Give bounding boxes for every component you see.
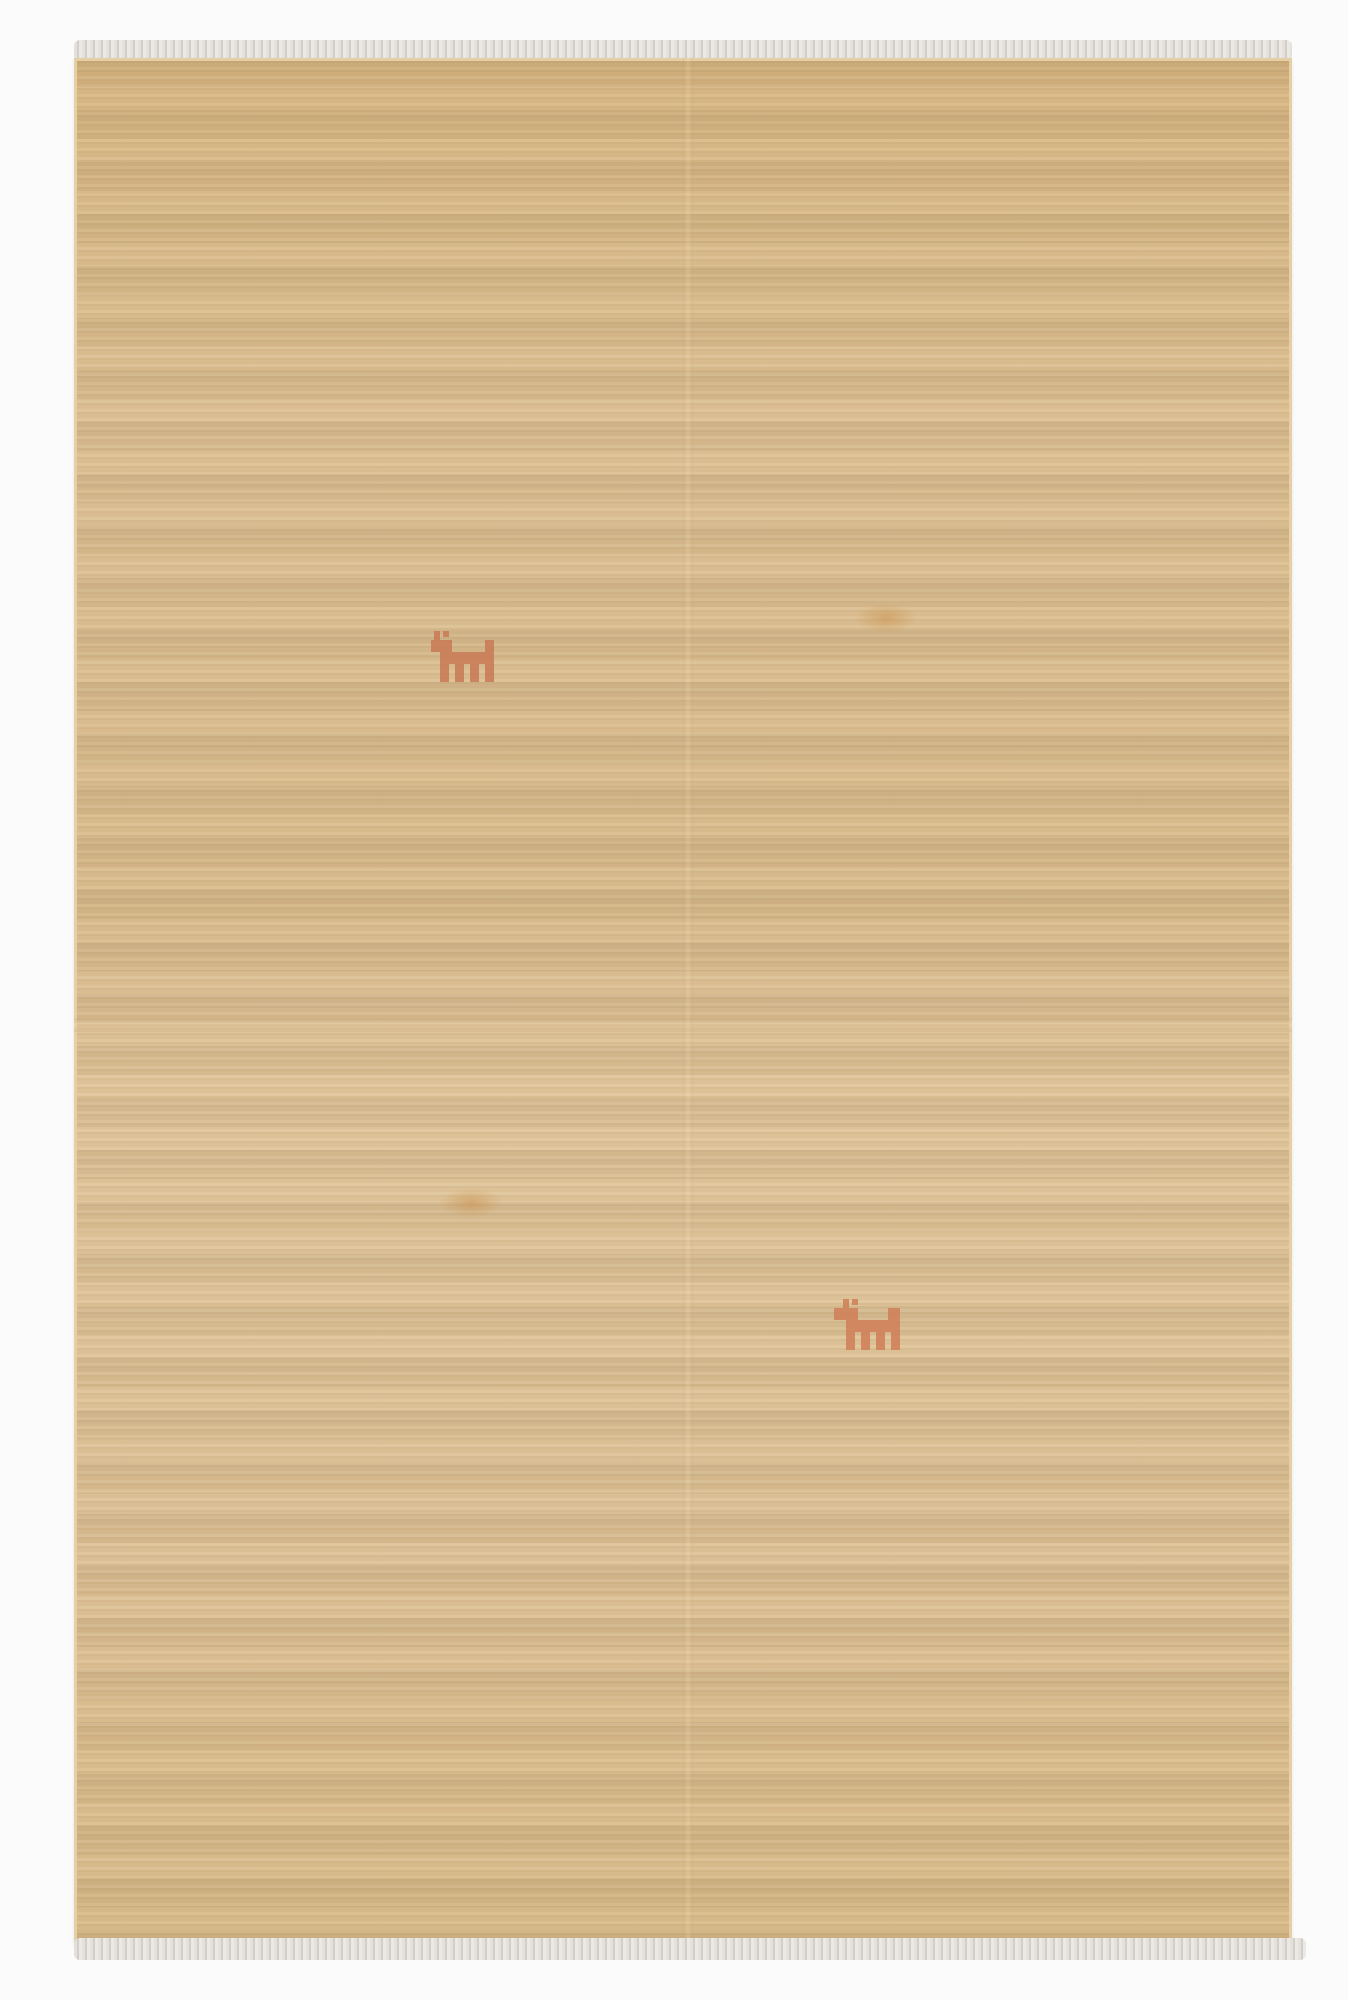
faint-motif-lower-left [439,1188,503,1218]
goat-motif-lower-right [828,1298,912,1354]
animal-icon [828,1298,912,1354]
bottom-fringe [74,1938,1306,1960]
horizontal-fold-line [74,1018,1292,1032]
product-photo [0,0,1348,2000]
rug [74,58,1292,1944]
goat-motif-upper-left [425,630,509,686]
faint-motif-upper-right [854,603,918,633]
vertical-fold-line [683,58,693,1944]
animal-icon [425,630,509,686]
